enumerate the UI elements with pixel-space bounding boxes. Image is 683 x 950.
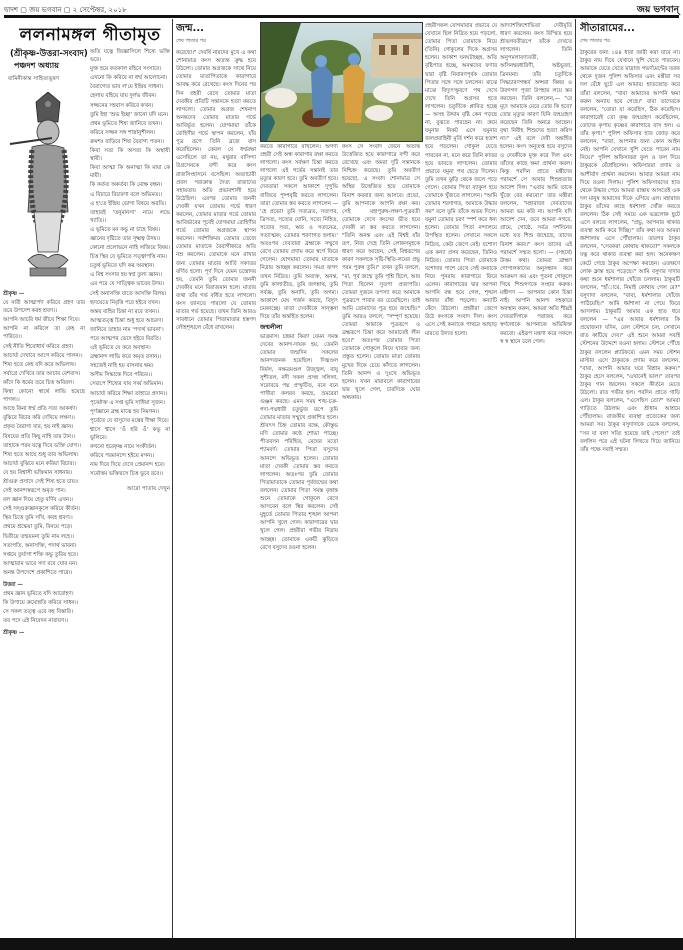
article-body: আদ্যাশক্তিশোভিতা দেবীমূর্তি ধারণ করলেন। … xyxy=(500,22,572,346)
article-title: সীতারামের... xyxy=(580,22,680,35)
article-body: করেছো।" দেবর্ষি নারদের মুখে এ কথা শোনামা… xyxy=(176,49,256,332)
verse-line: সেই অনাসক্তি যাতে আসক্তি বিলয়। xyxy=(90,290,170,298)
verse-line: সেই আনন্দস্বরূপে অমৃত পান। xyxy=(3,487,85,495)
verse-line: ক্রমশঃ বাড়িবে শিষ্য বৈরাগ্য পতন।। xyxy=(90,138,170,146)
verse-line: করিবে পরমানন্দে হইয়ে মগন।। xyxy=(90,452,170,460)
section-subheading: জন্মলীলা xyxy=(260,324,338,332)
article1-column-1: শ্রীকৃষ্ণ — যে নারী আত্মার্পণ করিবে গ্রহ… xyxy=(3,286,85,936)
verse-line: পূর্বেতে যে বাসুদেব মন্ত্রের দীক্ষা দিবে… xyxy=(90,417,170,425)
verse-line: সপ্তমে তুর্য্যগা শক্তি কভু তুরিয় হবে। xyxy=(3,551,85,559)
verse-line: তব পদে এই নিবেদন নারায়ণ।। xyxy=(3,617,85,625)
speaker-label: শ্রীকৃষ্ণ — xyxy=(3,629,85,637)
verse-line: কি উপায়ে ক্রমোন্নতি করিবে সাধন।। xyxy=(3,599,85,607)
verse-line: তাহারই 'তনুমানসা' নামে লভে খ্যাতি।। xyxy=(90,209,170,225)
verse-line: সজ্জনের সহবাস করিবে কখন। xyxy=(90,102,170,110)
verse-line: শিষ্য হতে কেহ যদি করে অভিলাষ। xyxy=(3,361,85,369)
verse-line: চিত্ত স্থির যে ভূমিতে সত্ত্বাপত্তি নাম। xyxy=(90,253,170,261)
verse-line: সর্বোত্তম ভক্তিরসে চিত্ত ভুবে রবে।। xyxy=(90,470,170,478)
verse-line: কিম্বা কোনো স্বার্থে লাভি হয়েছে পাগল।। xyxy=(3,388,85,404)
article-body: প্রহরীসকল যোগমায়ার প্রভাবে যে যেখানে ছি… xyxy=(425,22,497,338)
continued-from-label: শেষ পাতার পর xyxy=(176,37,256,45)
verse-line: পূর্ব্বোক্ত এ সপ্ত ভূমি সাধিয়া সুজন। xyxy=(90,399,170,407)
krishna-flute-illustration-icon xyxy=(8,92,88,282)
verse-line: করিবে সজ্জন সঙ্গ শাস্ত্রানুশীলন। xyxy=(90,129,170,137)
verse-line: কোনো প্রলোভনে নাহি লজিয়ে বিষয়। xyxy=(90,244,170,252)
verse-line: শ্রীগুরু প্রসাদে সেই শিষ্য হতে চায়।। xyxy=(3,478,85,486)
column-divider xyxy=(172,19,173,938)
verse-line: আচার্য্য বুঝিবে মনে করিয়া বিচার।। xyxy=(3,460,85,468)
article2-column-3: কংস সে সংবাদ জেনে অত্যন্ত উত্তেজিত হয়ে … xyxy=(342,143,420,936)
verse-line: কিবা আত্মা কি অনাত্মা কি মায়া কে মায়ী। xyxy=(90,164,170,180)
verse-line: প্রকৃত বৈরাগ্য যার, হয় নাই জ্ঞান। xyxy=(3,423,85,431)
verse-line: চতুর্থ ভূমিতে যদি কর অবস্থান। xyxy=(90,262,170,270)
verse-line: আপনি না করিলে তা কেহ না পারিবে।। xyxy=(3,325,85,341)
chapter-label: পঞ্চদশ অধ্যায় xyxy=(14,60,59,73)
verse-line: এ হ'তে ইন্দ্রিয় ভোগ্য বিষয়ে অরতি। xyxy=(90,200,170,208)
krishna-balarama-cows-painting-icon xyxy=(260,22,423,142)
article-body: কংস সে সংবাদ জেনে অত্যন্ত উত্তেজিত হয়ে … xyxy=(342,143,420,402)
verse-line: এই ভূমিতে যে করে অবস্থান। xyxy=(90,344,170,352)
verse-line: আচার্য্য দেখাবে আগে করিয়ে পালন।। xyxy=(3,352,85,360)
verse-line: অনন্ত উপদেশে প্রকাশিতে পারে।। xyxy=(3,569,85,577)
verse-line: অসীম সিদ্ধান্তে দিবে পরিচয়।। xyxy=(90,371,170,379)
verse-line: কিবা সত্য কি অসত্য কি অস্থায়ী স্থায়ী। xyxy=(90,147,170,163)
verse-line: পূর্ণজ্ঞানে ব্রহ্ম মাঝে হয় নিমগন।। xyxy=(90,408,170,416)
verse-line: এখনো কি করিবে না ধর্ম্ম আলোচনা। xyxy=(90,74,170,82)
article2-column-5: আদ্যাশক্তিশোভিতা দেবীমূর্তি ধারণ করলেন। … xyxy=(500,22,572,936)
verse-line: প্রথম ভূমিতে শিষ্য জানিবে তখন।। xyxy=(90,120,170,128)
verse-line: শিষ্য হতে আছে শুধু তার অভিলাষ। xyxy=(3,451,85,459)
verse-line: তাহাকে পরম যত্নে দিবে ভক্তি যোগ।। xyxy=(3,442,85,450)
verse-line: সেই সদ্গুরুজ্ঞানকূলে করিবে কীর্তন। xyxy=(3,505,85,513)
verse-line: আছে কিনা ধর্ম্ম প্রতি সত্য আকর্ষণ। xyxy=(3,405,85,413)
verse-line: তুমি ইহা 'শুভ ইচ্ছা' জানো যদি মনে। xyxy=(90,111,170,119)
verse-line: প্রথম জ্ঞান ভূমিতে যদি আরোহণ। xyxy=(3,590,85,598)
column-divider xyxy=(575,19,576,938)
article-body: ভাদ্রমাস। চন্দ্রমা কিরণ যেমন সমস্ত দেবের… xyxy=(260,333,338,552)
verse-line: নাম দিয়ে দিয়ে দেখে প্রেমানন্দ হবে। xyxy=(90,461,170,469)
verse-line: এ বিচারে বিচারণা বলে অভিমত।। xyxy=(90,191,170,199)
verse-line: সে সকল তত্ত্ব এবে কহ বিস্তারি। xyxy=(3,608,85,616)
verse-line: অন্তর বাহির চিন্তা না রবে তখন।। xyxy=(90,308,170,316)
verse-line: মুক্ত হয়ে কতকাল রহিবে সংসারে। xyxy=(90,65,170,73)
verse-line: আত্মারাম ভাবে সদা রবে ঘোর মন। xyxy=(3,560,85,568)
verse-line: জ্ঞানের দৃষ্টিতে তার সূক্ষ্মত্ব উদয়।। xyxy=(90,235,170,243)
verse-line: হেলায় বহিয়ে যায় দুর্লভ জীবন। xyxy=(90,92,170,100)
article3-column: সীতারামের... শেষ পাতার পর ঠাকুরের জন্য ১… xyxy=(580,22,680,936)
verse-line: বৈরাগ্যের ভাব ল'য়ে ইন্দ্রিয় সাধনা। xyxy=(90,83,170,91)
footer-bar xyxy=(0,938,683,950)
article2-column-1: জন্ম... শেষ পাতার পর করেছো।" দেবর্ষি নার… xyxy=(176,22,256,936)
verse-line: ব্রহ্মানন্দ লাভি করে অমৃত রসান।। xyxy=(90,353,170,361)
verse-line: আপনি আচরি ধর্ম জীবে শিক্ষা দিবে। xyxy=(3,316,85,324)
verse-line: সেই নীতি শিরোধার্য করিবে গ্রহণ। xyxy=(3,343,85,351)
verse-line: প্রথমে শ্রদ্ধেয়া তুমি, বিনয়ে পড়ে। xyxy=(3,523,85,531)
header-divider xyxy=(4,15,679,18)
verse-line: অতি যত্নে জিজ্ঞাসিলে শিষ্যে ভক্তি ভরে। xyxy=(90,48,170,64)
verse-line: এ ভূমিতে মন কভু না চাহে বিষয়। xyxy=(90,226,170,234)
article2-column-2: করতে কারাগারে রাখলেন। অগণ্য প্রহরী সেই অ… xyxy=(260,143,338,936)
verse-line: সত্যপতি, অনাসক্তি, পদার্থ ভাবনা। xyxy=(3,542,85,550)
article1-column-2: অতি যত্নে জিজ্ঞাসিলে শিষ্যে ভক্তি ভরে। ম… xyxy=(90,48,170,928)
verse-line: বল জ্ঞান দিয়ে হেতু বর্ণিব এখন।। xyxy=(3,496,85,504)
verse-line: হৃদয়েতে নিবৃত্তি পরে হইবে যখন। xyxy=(90,299,170,307)
verse-line: স্থির চিত্তে তুমি সখি, করহ শ্রবণ।। xyxy=(3,514,85,522)
article-body: করতে কারাগারে রাখলেন। অগণ্য প্রহরী সেই অ… xyxy=(260,143,338,321)
verse-line: পরে আত্মপর ভেদে হইবে বিরতি। xyxy=(90,335,170,343)
article-body: ঠাকুরের জন্য ১৪৪ ধারা জারী করা যাবে না। … xyxy=(580,49,680,454)
verse-line: সর্বাগ্রে দেখিবে তার আচার বেশবাস। xyxy=(3,370,85,378)
verse-line: শ্বাসে শ্বাসে 'ওঁ হরি ওঁ' কভু না ভুলিবে। xyxy=(90,426,170,442)
article-title: ললনামঙ্গল গীতামৃত xyxy=(10,22,170,50)
author-name: যামিনীকান্ত সাহিত্যভূষণ xyxy=(8,76,59,84)
verse-line: যে হয় বিশ্বাসী ভক্তিমান সাধনায়। xyxy=(3,469,85,477)
verse-line: আত্মতত্ত্ব চিন্তা শুধু হবে আচরণ। xyxy=(90,317,170,325)
verse-line: এ বিশ্ব সংসার হয় স্বপ্ন তুল্য জ্ঞান।। xyxy=(90,271,170,279)
verse-line: বিষয়ের প্রতি কিছু নাহি তার টান।। xyxy=(3,433,85,441)
article-title: জন্ম... xyxy=(176,22,256,35)
verse-line: কাঁদে কি ধর্মের তরে চিত্ত অবিরল। xyxy=(3,379,85,387)
verse-line: জানিবে তাহার নাম 'পদার্থ ভাবনা'। xyxy=(90,326,170,334)
verse-line: বুঝিবে বিচার করি দেখিয়ে লক্ষণ।। xyxy=(3,414,85,422)
verse-line: আচার্য্য করিবে শিক্ষা তাহারে প্রদান।। xyxy=(90,390,170,398)
verse-line: এর পরে যে সাত্ত্বিক ভাবের উদয়। xyxy=(90,280,170,288)
verse-line: সেরূপে শিষ্যের যায় সর্ব্ব অভিমান। xyxy=(90,380,170,388)
verse-line: যে নারী আত্মার্পণ করিবে গ্রহণ তার তরে উপ… xyxy=(3,299,85,315)
verse-line: কি কর্তব্য অকর্তব্য কি মোক্ষ বন্ধন। xyxy=(90,181,170,189)
continued-note: আরো পাতায় দেখুন xyxy=(90,485,170,493)
speaker-label: শ্রীকৃষ্ণ — xyxy=(3,290,85,298)
article2-column-4: প্রহরীসকল যোগমায়ার প্রভাবে যে যেখানে ছি… xyxy=(425,22,497,936)
article-subtitle: (শ্রীকৃষ্ণ-উত্তরা-সংবাদ) xyxy=(10,47,88,61)
verse-line: কখনো হরেকৃষ্ণ নামে সংকীর্তন। xyxy=(90,443,170,451)
verse-line: সহজেই নাহি হয় বাসনার ক্ষয়। xyxy=(90,362,170,370)
verse-line: দ্বিতীয়ে তন্ময়মনা তুমি নাম লহে।। xyxy=(3,533,85,541)
continued-from-label: শেষ পাতার পর xyxy=(580,37,680,45)
speaker-label: উত্তরা — xyxy=(3,581,85,589)
